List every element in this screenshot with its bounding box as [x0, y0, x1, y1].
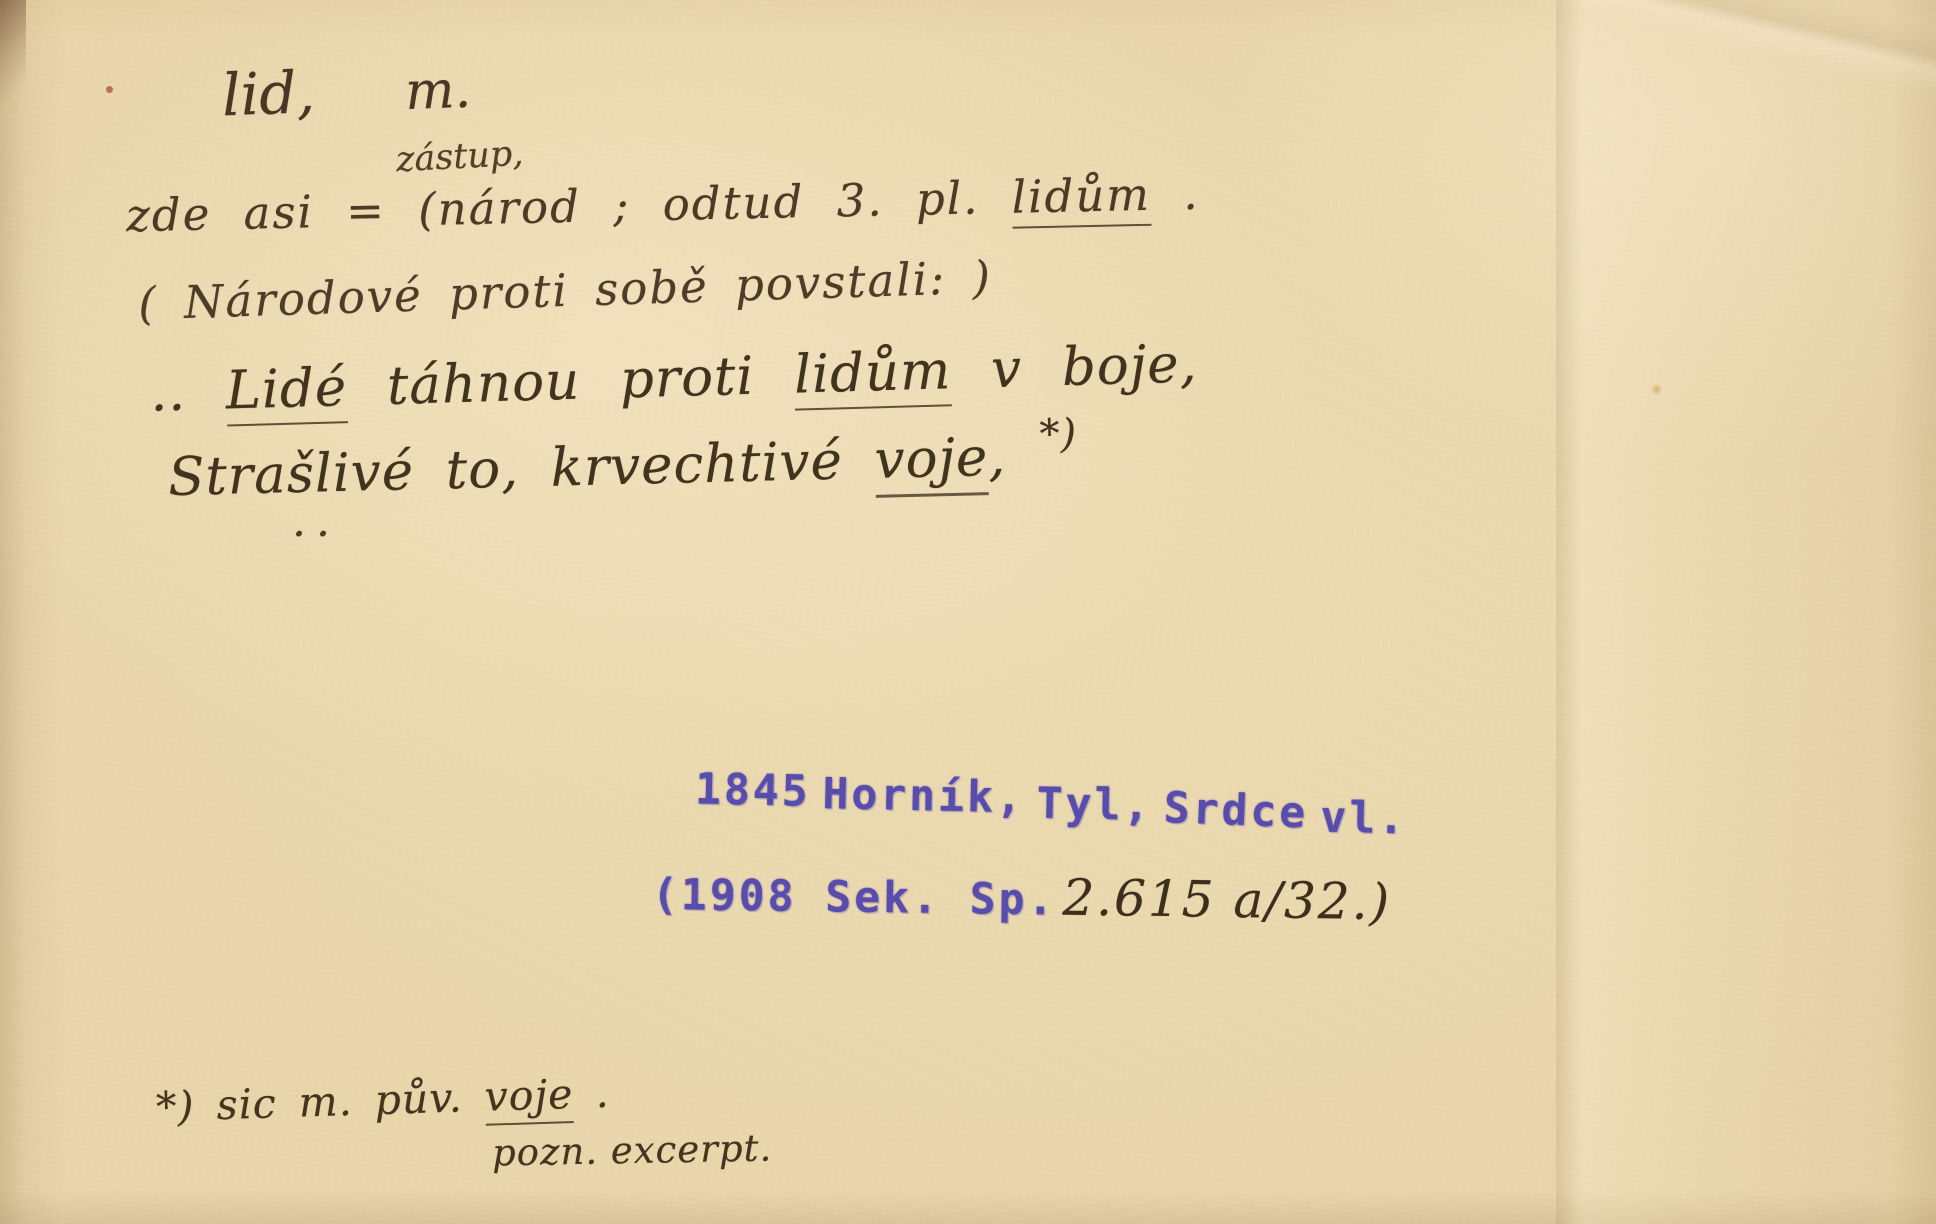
stamp-work: Srdce	[1163, 783, 1309, 839]
verse2-comma: ,	[987, 427, 1006, 488]
verse1-tail: v boje,	[950, 333, 1198, 401]
footnote-asterisk-mark: *)	[1039, 414, 1078, 455]
excerptor-note: pozn. excerpt.	[492, 1130, 773, 1172]
stamp-citation-line: 1845Horník,Tyl,Srdcevl.	[695, 764, 1420, 829]
verse1-lead-dots: ..	[149, 361, 226, 424]
gloss-end: .	[1150, 167, 1200, 221]
gloss-line: zde asi = (národ ; odtud 3. pl. lidům .	[126, 171, 1200, 238]
footnote-end: .	[573, 1069, 611, 1118]
footnote-line: *) sic m. pův. voje .	[155, 1073, 610, 1128]
gloss-text: zde asi = (národ ; odtud 3. pl.	[126, 171, 1013, 243]
headword: lid,	[221, 58, 316, 129]
headword-line: lid, m.	[221, 58, 472, 125]
parenthetical-quote: ( Národové proti sobě povstali: )	[138, 255, 993, 327]
stamp-reference-handwritten: 2.615 a/32.)	[1062, 869, 1391, 932]
stamp-volume: vl.	[1320, 793, 1408, 845]
ink-stain-dot	[106, 86, 113, 93]
verse2-underlined-word: voje	[874, 427, 989, 498]
stamp-reference-stamped: (1908 Sek. Sp.	[652, 870, 1057, 926]
inserted-gloss: zástup,	[395, 137, 524, 179]
paper-fold-right	[1556, 0, 1936, 1224]
verse1-underlined-word-2: lidům	[793, 340, 952, 410]
paper-corner-mark	[0, 0, 26, 120]
stamp-author: Tyl,	[1036, 779, 1153, 831]
verse2-text: Strašlivé to, krvechtivé	[167, 430, 875, 508]
gender-abbreviation: m.	[404, 60, 472, 122]
stamp-reference-line: (1908 Sek. Sp.2.615 a/32.)	[652, 863, 1392, 931]
verse1-underlined-word-1: Lidé	[225, 357, 348, 426]
trailing-dots: ..	[292, 500, 340, 544]
gloss-underlined-word: lidům	[1011, 168, 1151, 229]
verse-line-1: .. Lidé táhnou proti lidům v boje,	[149, 337, 1198, 419]
stamp-year: 1845	[695, 764, 812, 816]
footnote-text: *) sic m. pův.	[155, 1073, 485, 1131]
footnote-underlined-word: voje	[484, 1070, 574, 1126]
scanned-document-page: lid, m. zástup, zde asi = (národ ; odtud…	[0, 0, 1936, 1224]
paper-crease-topright	[1495, 0, 1936, 142]
verse-line-2: Strašlivé to, krvechtivé voje,*)	[167, 429, 1078, 504]
paper-stain-dot	[1650, 384, 1663, 395]
stamp-title: Horník,	[822, 769, 1025, 823]
verse1-middle: táhnou proti	[346, 345, 795, 418]
